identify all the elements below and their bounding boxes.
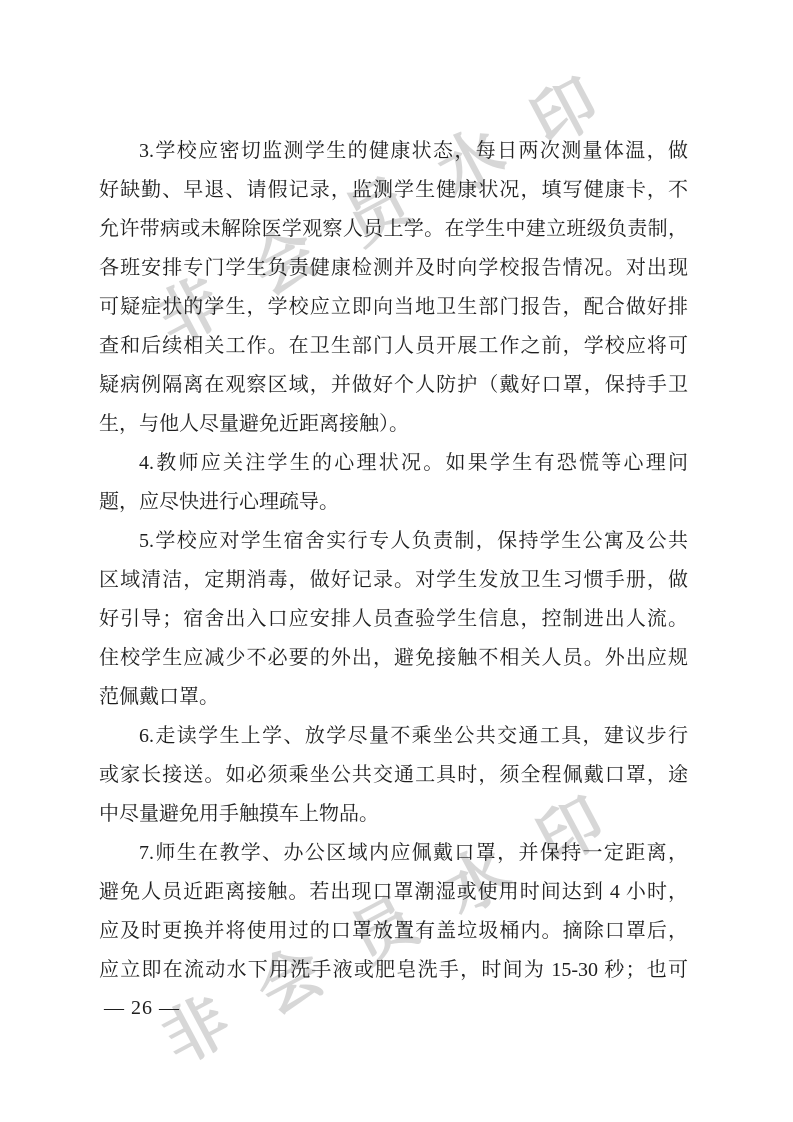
text-line: 或家长接送。如必须乘坐公共交通工具时，须全程佩戴口罩，途 [99,756,688,795]
text-line: 7.师生在教学、办公区域内应佩戴口罩，并保持一定距离， [99,834,688,873]
paragraph: 5.学校应对学生宿舍实行专人负责制，保持学生公寓及公共区域清洁，定期消毒，做好记… [99,522,688,717]
text-line: 3.学校应密切监测学生的健康状态，每日两次测量体温，做 [99,132,688,171]
text-line: 范佩戴口罩。 [99,678,688,717]
text-line: 好引导；宿舍出入口应安排人员查验学生信息，控制进出人流。 [99,600,688,639]
text-line: 应及时更换并将使用过的口罩放置有盖垃圾桶内。摘除口罩后， [99,912,688,951]
text-line: 避免人员近距离接触。若出现口罩潮湿或使用时间达到 4 小时， [99,873,688,912]
paragraph: 4.教师应关注学生的心理状况。如果学生有恐慌等心理问题，应尽快进行心理疏导。 [99,444,688,522]
text-line: 允许带病或未解除医学观察人员上学。在学生中建立班级负责制， [99,210,688,249]
text-line: 6.走读学生上学、放学尽量不乘坐公共交通工具，建议步行 [99,717,688,756]
document-page: 非会员水印 非会员水印 3.学校应密切监测学生的健康状态，每日两次测量体温，做好… [0,0,793,1122]
text-line: 可疑症状的学生，学校应立即向当地卫生部门报告，配合做好排 [99,288,688,327]
paragraph: 7.师生在教学、办公区域内应佩戴口罩，并保持一定距离，避免人员近距离接触。若出现… [99,834,688,990]
text-line: 查和后续相关工作。在卫生部门人员开展工作之前，学校应将可 [99,327,688,366]
text-line: 5.学校应对学生宿舍实行专人负责制，保持学生公寓及公共 [99,522,688,561]
text-line: 中尽量避免用手触摸车上物品。 [99,795,688,834]
text-line: 题，应尽快进行心理疏导。 [99,483,688,522]
text-line: 好缺勤、早退、请假记录，监测学生健康状况，填写健康卡，不 [99,171,688,210]
page-number: — 26 — [104,995,180,1021]
text-line: 各班安排专门学生负责健康检测并及时向学校报告情况。对出现 [99,249,688,288]
paragraph: 6.走读学生上学、放学尽量不乘坐公共交通工具，建议步行或家长接送。如必须乘坐公共… [99,717,688,834]
text-line: 4.教师应关注学生的心理状况。如果学生有恐慌等心理问 [99,444,688,483]
text-line: 区域清洁，定期消毒，做好记录。对学生发放卫生习惯手册，做 [99,561,688,600]
text-line: 住校学生应减少不必要的外出，避免接触不相关人员。外出应规 [99,639,688,678]
paragraph: 3.学校应密切监测学生的健康状态，每日两次测量体温，做好缺勤、早退、请假记录，监… [99,132,688,444]
text-line: 疑病例隔离在观察区域，并做好个人防护（戴好口罩，保持手卫 [99,366,688,405]
document-body: 3.学校应密切监测学生的健康状态，每日两次测量体温，做好缺勤、早退、请假记录，监… [99,132,688,990]
text-line: 生，与他人尽量避免近距离接触）。 [99,405,688,444]
text-line: 应立即在流动水下用洗手液或肥皂洗手，时间为 15-30 秒；也可 [99,951,688,990]
